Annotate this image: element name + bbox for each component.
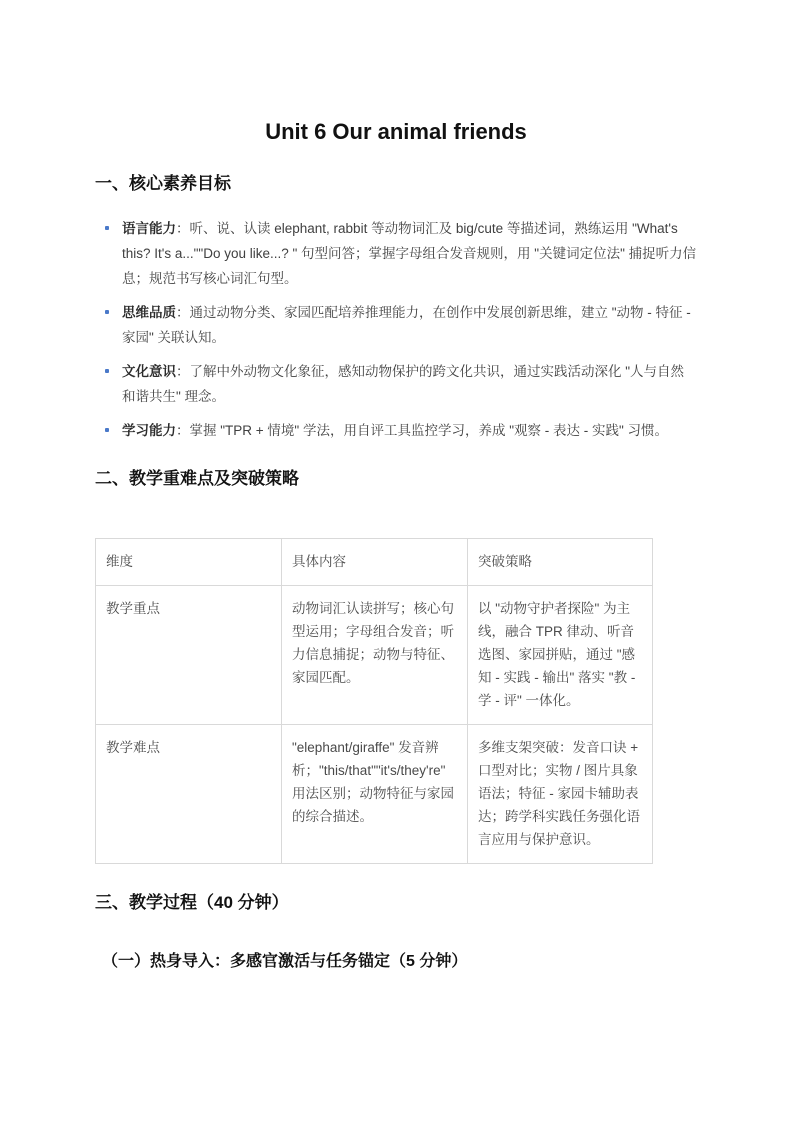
table-cell: 多维支架突破：发音口诀 + 口型对比；实物 / 图片具象语法；特征 - 家园卡辅… bbox=[468, 725, 653, 864]
bullet-dot-icon bbox=[105, 310, 109, 314]
bullet-text: ：通过动物分类、家园匹配培养推理能力，在创作中发展创新思维，建立 "动物 - 特… bbox=[122, 305, 691, 345]
section-1-heading: 一、核心素养目标 bbox=[95, 172, 697, 196]
bullet-dot-icon bbox=[105, 369, 109, 373]
table-row-difficulties: 教学难点 "elephant/giraffe" 发音辨析；"this/that"… bbox=[96, 725, 653, 864]
bullet-term: 文化意识 bbox=[122, 364, 176, 379]
table-cell: 教学重点 bbox=[96, 586, 282, 725]
core-competency-list: 语言能力：听、说、认读 elephant, rabbit 等动物词汇及 big/… bbox=[95, 216, 697, 443]
list-item-thinking-quality: 思维品质：通过动物分类、家园匹配培养推理能力，在创作中发展创新思维，建立 "动物… bbox=[122, 300, 697, 350]
document-title: Unit 6 Our animal friends bbox=[95, 118, 697, 146]
bullet-dot-icon bbox=[105, 428, 109, 432]
table-cell: "elephant/giraffe" 发音辨析；"this/that""it's… bbox=[282, 725, 468, 864]
list-item-cultural-awareness: 文化意识：了解中外动物文化象征，感知动物保护的跨文化共识，通过实践活动深化 "人… bbox=[122, 359, 697, 409]
section-3-heading: 三、教学过程（40 分钟） bbox=[95, 891, 697, 915]
bullet-dot-icon bbox=[105, 226, 109, 230]
bullet-text: ：掌握 "TPR + 情境" 学法，用自评工具监控学习，养成 "观察 - 表达 … bbox=[176, 423, 668, 438]
bullet-term: 学习能力 bbox=[122, 423, 176, 438]
bullet-term: 语言能力 bbox=[122, 221, 176, 236]
table-cell: 动物词汇认读拼写；核心句型运用；字母组合发音；听力信息捕捉；动物与特征、家园匹配… bbox=[282, 586, 468, 725]
list-item-language-ability: 语言能力：听、说、认读 elephant, rabbit 等动物词汇及 big/… bbox=[122, 216, 697, 291]
section-2-heading: 二、教学重难点及突破策略 bbox=[95, 467, 697, 491]
table-header-strategy: 突破策略 bbox=[468, 539, 653, 586]
table-cell: 教学难点 bbox=[96, 725, 282, 864]
table-cell: 以 "动物守护者探险" 为主线，融合 TPR 律动、听音选图、家园拼贴，通过 "… bbox=[468, 586, 653, 725]
key-points-table: 维度 具体内容 突破策略 教学重点 动物词汇认读拼写；核心句型运用；字母组合发音… bbox=[95, 538, 653, 864]
document-page: Unit 6 Our animal friends 一、核心素养目标 语言能力：… bbox=[0, 0, 794, 1123]
table-header-content: 具体内容 bbox=[282, 539, 468, 586]
table-header-row: 维度 具体内容 突破策略 bbox=[96, 539, 653, 586]
table-row-key-points: 教学重点 动物词汇认读拼写；核心句型运用；字母组合发音；听力信息捕捉；动物与特征… bbox=[96, 586, 653, 725]
list-item-learning-ability: 学习能力：掌握 "TPR + 情境" 学法，用自评工具监控学习，养成 "观察 -… bbox=[122, 418, 697, 443]
section-3-sub-heading: （一）热身导入：多感官激活与任务锚定（5 分钟） bbox=[95, 951, 697, 973]
bullet-text: ：听、说、认读 elephant, rabbit 等动物词汇及 big/cute… bbox=[122, 221, 696, 286]
table-header-dimension: 维度 bbox=[96, 539, 282, 586]
bullet-text: ：了解中外动物文化象征，感知动物保护的跨文化共识，通过实践活动深化 "人与自然和… bbox=[122, 364, 684, 404]
bullet-term: 思维品质 bbox=[122, 305, 176, 320]
